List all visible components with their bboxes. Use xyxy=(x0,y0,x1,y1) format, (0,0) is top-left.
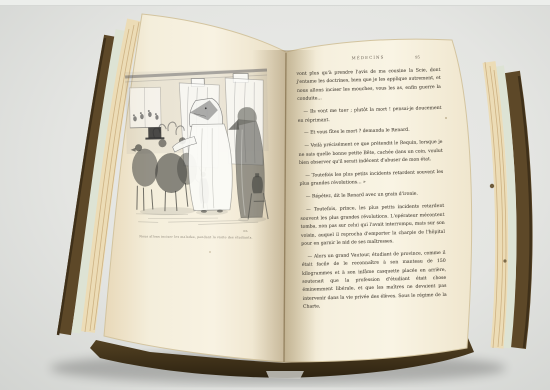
paragraph: — Ils vont me tuer ; plutôt la mort ! pe… xyxy=(297,105,441,126)
paragraph: — Alors un grand Vautour, étudiant de pr… xyxy=(301,250,447,313)
page-text: vont plus qu'à prendre l'avis de ma cous… xyxy=(294,67,449,313)
plate-mark: lith. xyxy=(243,230,248,233)
open-book xyxy=(0,0,550,390)
paragraph: vont plus qu'à prendre l'avis de ma cous… xyxy=(296,67,441,105)
photo-background: Nous allons inciser les malades, pendant… xyxy=(0,0,550,390)
paragraph: — Toutefois, prince, les plus petits inc… xyxy=(300,203,445,249)
paragraph: — Toutefois les plus petits incidents re… xyxy=(299,169,443,190)
spine-gap xyxy=(266,371,304,379)
window-with-birds xyxy=(129,87,161,128)
page-number: 95 xyxy=(415,54,420,59)
paragraph: — Répétez, dit le Renard avec un grain d… xyxy=(300,190,444,202)
top-hat xyxy=(148,127,161,138)
paragraph: — Et vous fîtes le mort ? demanda le Ren… xyxy=(298,126,442,138)
right-page-text: MÉDECINS 95 vont plus qu'à prendre l'avi… xyxy=(294,53,449,317)
paragraph: — Voilà précisément ce que prétendit le … xyxy=(298,139,443,168)
